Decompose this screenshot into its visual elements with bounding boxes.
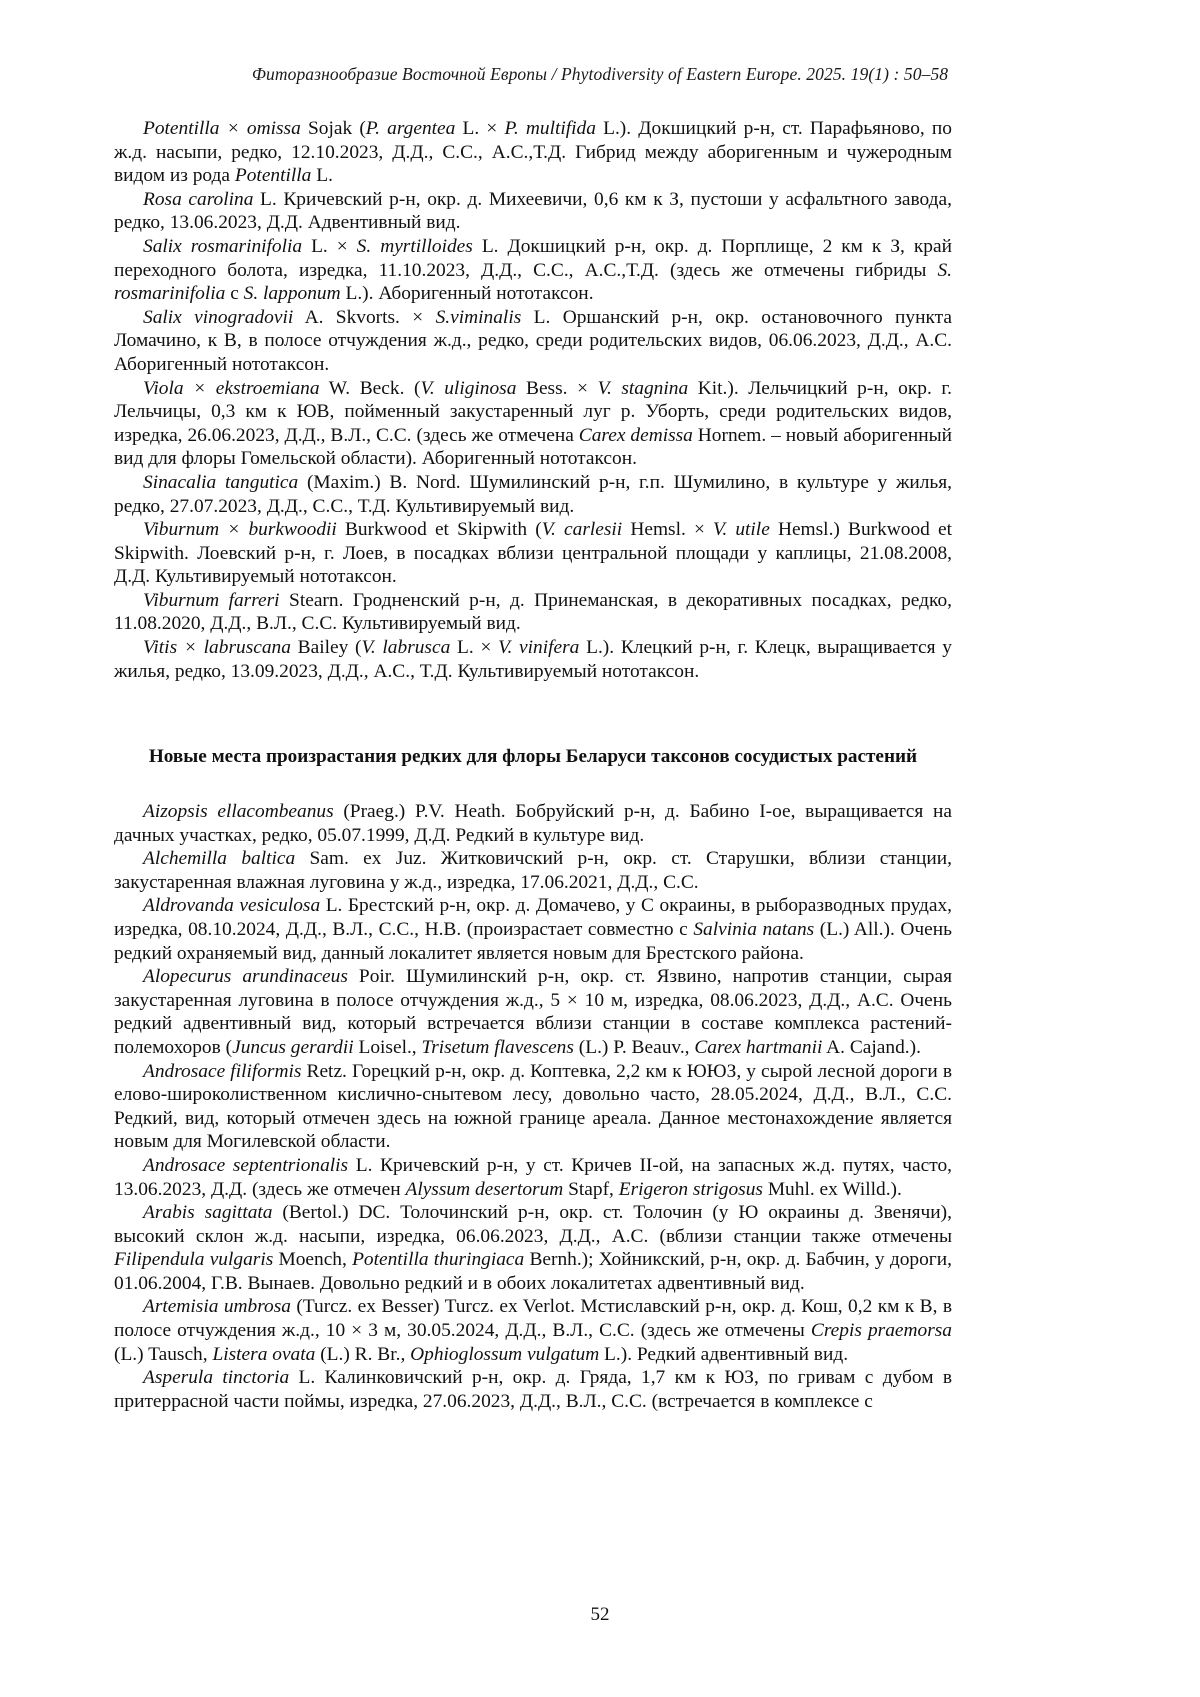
species-entry: Artemisia umbrosa (Turcz. ex Besser) Tur… xyxy=(114,1295,952,1366)
species-entry: Potentilla × omissa Sojak (P. argentea L… xyxy=(114,117,952,188)
taxon-name: S. lapponum xyxy=(244,283,341,304)
taxon-name: Asperula tinctoria xyxy=(143,1367,289,1388)
taxon-name: Vitis × labruscana xyxy=(143,637,291,658)
species-entry: Aizopsis ellacombeanus (Praeg.) P.V. Hea… xyxy=(114,800,952,847)
species-entry: Androsace filiformis Retz. Горецкий р-н,… xyxy=(114,1060,952,1154)
entry-text: (L.) Tausch, xyxy=(114,1344,212,1365)
entry-text: L. xyxy=(311,165,333,186)
species-entry: Vitis × labruscana Bailey (V. labrusca L… xyxy=(114,636,952,683)
species-entry: Alopecurus arundinaceus Poir. Шумилински… xyxy=(114,965,952,1059)
taxon-name: Aizopsis ellacombeanus xyxy=(143,801,334,822)
entry-text: с xyxy=(225,283,243,304)
taxon-name: Potentilla × omissa xyxy=(143,118,301,139)
species-entry: Arabis sagittata (Bertol.) DC. Толочинск… xyxy=(114,1201,952,1295)
taxon-name: Aldrovanda vesiculosa xyxy=(143,895,320,916)
taxon-name: S.viminalis xyxy=(436,307,522,328)
taxon-name: Potentilla xyxy=(235,165,311,186)
entry-text: L. × xyxy=(302,236,357,257)
entry-text: L. × xyxy=(450,637,498,658)
species-entry: Rosa carolina L. Кричевский р-н, окр. д.… xyxy=(114,188,952,235)
entry-text: Stapf, xyxy=(563,1179,618,1200)
entry-text: Sojak ( xyxy=(301,118,366,139)
taxon-name: Salix rosmarinifolia xyxy=(143,236,302,257)
species-entry: Viburnum farreri Stearn. Гродненский р-н… xyxy=(114,589,952,636)
species-entry: Viola × ekstroemiana W. Beck. (V. uligin… xyxy=(114,377,952,471)
species-entry: Viburnum × burkwoodii Burkwood et Skipwi… xyxy=(114,518,952,589)
entry-text: Hemsl. × xyxy=(622,519,713,540)
species-entry: Androsace septentrionalis L. Кричевский … xyxy=(114,1154,952,1201)
taxon-name: V. vinifera xyxy=(498,637,579,658)
entry-text: Burkwood et Skipwith ( xyxy=(337,519,542,540)
taxon-name: Erigeron strigosus xyxy=(619,1179,763,1200)
species-entry: Asperula tinctoria L. Калинковичский р-н… xyxy=(114,1366,952,1413)
species-entry: Aldrovanda vesiculosa L. Брестский р-н, … xyxy=(114,894,952,965)
taxon-name: Viola × ekstroemiana xyxy=(143,378,320,399)
entry-text: Moench, xyxy=(273,1249,352,1270)
taxon-name: Viburnum farreri xyxy=(143,590,280,611)
taxon-name: Potentilla thuringiaca xyxy=(352,1249,524,1270)
entry-text: Loisel., xyxy=(354,1037,422,1058)
taxon-name: Salix vinogradovii xyxy=(143,307,293,328)
entry-text: L.). Аборигенный нототаксон. xyxy=(341,283,594,304)
taxon-name: Salvinia natans xyxy=(693,919,814,940)
taxon-name: Artemisia umbrosa xyxy=(143,1296,291,1317)
entry-text: Bess. × xyxy=(516,378,597,399)
taxon-name: V. stagnina xyxy=(598,378,689,399)
taxon-name: Viburnum × burkwoodii xyxy=(143,519,337,540)
taxon-name: V. carlesii xyxy=(542,519,623,540)
taxon-name: V. utile xyxy=(713,519,770,540)
taxon-name: V. labrusca xyxy=(361,637,450,658)
section-hybrids-entries: Potentilla × omissa Sojak (P. argentea L… xyxy=(114,117,952,683)
species-entry: Alchemilla baltica Sam. ex Juz. Житкович… xyxy=(114,847,952,894)
taxon-name: Trisetum flavescens xyxy=(422,1037,574,1058)
taxon-name: V. uliginosa xyxy=(420,378,516,399)
taxon-name: Androsace septentrionalis xyxy=(143,1155,348,1176)
taxon-name: Carex demissa xyxy=(579,425,693,446)
entry-text: Muhl. ex Willd.). xyxy=(763,1179,902,1200)
entry-text: A. Skvorts. × xyxy=(293,307,435,328)
entry-text: (L.) P. Beauv., xyxy=(574,1037,694,1058)
taxon-name: Ophioglossum vulgatum xyxy=(410,1344,599,1365)
taxon-name: Juncus gerardii xyxy=(232,1037,354,1058)
taxon-name: Crepis praemorsa xyxy=(811,1320,952,1341)
entry-text: A. Cajand.). xyxy=(822,1037,921,1058)
species-entry: Salix vinogradovii A. Skvorts. × S.vimin… xyxy=(114,306,952,377)
taxon-name: Carex hartmanii xyxy=(694,1037,822,1058)
entry-text: L.). Редкий адвентивный вид. xyxy=(599,1344,848,1365)
taxon-name: Filipendula vulgaris xyxy=(114,1249,273,1270)
taxon-name: Arabis sagittata xyxy=(143,1202,272,1223)
entry-text: Bailey ( xyxy=(291,637,362,658)
taxon-name: P. multifida xyxy=(505,118,596,139)
taxon-name: Androsace filiformis xyxy=(143,1061,301,1082)
taxon-name: Alchemilla baltica xyxy=(143,848,295,869)
entry-text: W. Beck. ( xyxy=(320,378,421,399)
species-entry: Sinacalia tangutica (Maxim.) B. Nord. Шу… xyxy=(114,471,952,518)
section-heading: Новые места произрастания редких для фло… xyxy=(114,745,952,769)
taxon-name: Sinacalia tangutica xyxy=(143,472,298,493)
page-number: 52 xyxy=(0,1604,1200,1626)
section-rare-taxa-entries: Aizopsis ellacombeanus (Praeg.) P.V. Hea… xyxy=(114,800,952,1413)
taxon-name: Rosa carolina xyxy=(143,189,253,210)
document-page: Фиторазнообразие Восточной Европы / Phyt… xyxy=(0,0,1200,1697)
entry-text: L. × xyxy=(455,118,504,139)
species-entry: Salix rosmarinifolia L. × S. myrtilloide… xyxy=(114,235,952,306)
taxon-name: S. myrtilloides xyxy=(357,236,473,257)
entry-text: (L.) R. Br., xyxy=(315,1344,410,1365)
taxon-name: Alopecurus arundinaceus xyxy=(143,966,348,987)
taxon-name: Alyssum desertorum xyxy=(405,1179,563,1200)
running-header: Фиторазнообразие Восточной Европы / Phyt… xyxy=(0,64,1200,85)
taxon-name: P. argentea xyxy=(366,118,456,139)
taxon-name: Listera ovata xyxy=(212,1344,315,1365)
